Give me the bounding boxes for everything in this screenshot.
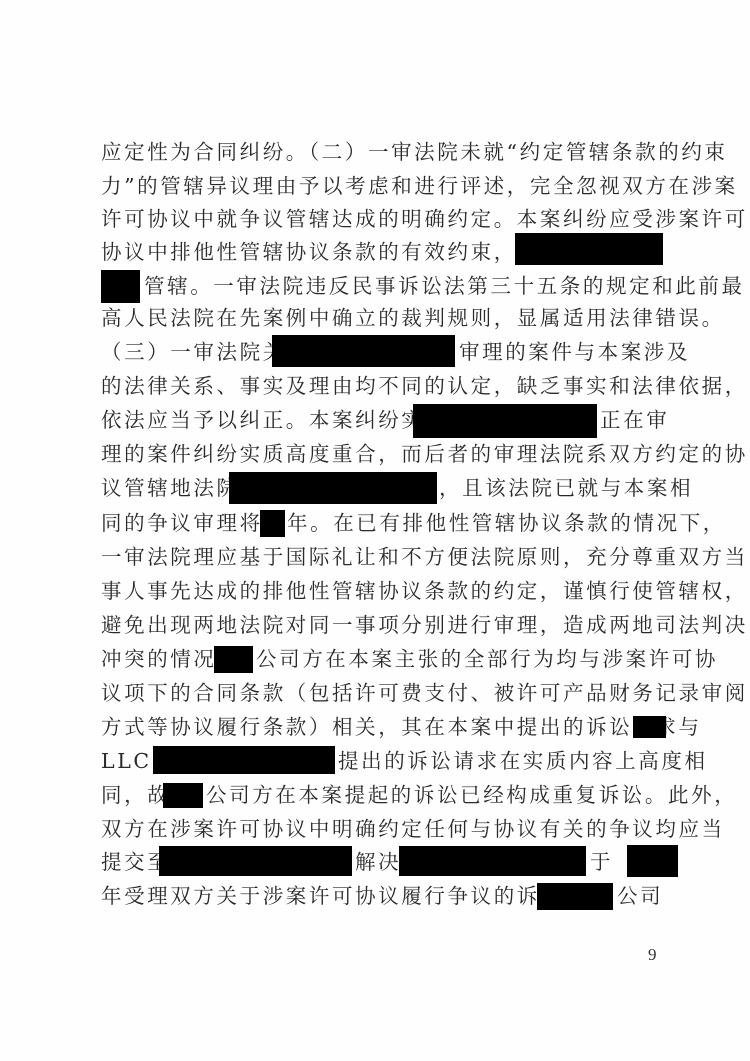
text-segment: 一审法院理应基于国际礼让和不方便法院原则，充分尊重双方当 xyxy=(101,541,748,573)
text-line: 方式等协议履行条款）相关，其在本案中提出的诉讼请求与 xyxy=(101,711,666,743)
redaction-box xyxy=(399,846,586,876)
text-segment: 双方在涉案许可协议中明确约定任何与协议有关的争议均应当 xyxy=(101,813,725,845)
text-line: 依法应当予以纠正。本案纠纷实质与正在审 xyxy=(101,404,666,436)
redaction-box xyxy=(214,646,253,673)
text-line: 双方在涉案许可协议中明确约定任何与协议有关的争议均应当 xyxy=(101,813,666,845)
text-segment: 公司方在本案主张的全部行为均与涉案许可协 xyxy=(256,643,718,675)
text-line: 冲突的情况。公司方在本案主张的全部行为均与涉案许可协 xyxy=(101,643,666,675)
text-line: 事人事先达成的排他性管辖协议条款的约定，谨慎行使管辖权， xyxy=(101,575,666,607)
text-segment: 提出的诉讼请求在实质内容上高度相 xyxy=(338,745,708,777)
redaction-box xyxy=(537,883,613,910)
text-segment: 方式等协议履行条款）相关，其在本案中提出的诉讼请求与 xyxy=(101,711,702,743)
text-segment: 管辖。一审法院违反民事诉讼法第三十五条的规定和此前最 xyxy=(144,270,745,302)
text-segment: ，且该法院已就与本案相 xyxy=(439,472,693,504)
text-segment: 年受理双方关于涉案许可协议履行争议的诉讼，而 xyxy=(101,880,609,912)
page-number: 9 xyxy=(648,945,657,965)
text-line: 许可协议中就争议管辖达成的明确约定。本案纠纷应受涉案许可 xyxy=(101,203,666,235)
text-line: 理的案件纠纷实质高度重合，而后者的审理法院系双方约定的协 xyxy=(101,438,666,470)
text-segment: 公司方在本案提起的诉讼已经构成重复诉讼。此外， xyxy=(206,779,737,811)
text-segment: 事人事先达成的排他性管辖协议条款的约定，谨慎行使管辖权， xyxy=(101,575,748,607)
text-line: 的法律关系、事实及理由均不同的认定，缺乏事实和法律依据， xyxy=(101,370,666,402)
redaction-box xyxy=(272,335,455,367)
text-segment: 理的案件纠纷实质高度重合，而后者的审理法院系双方约定的协 xyxy=(101,438,748,470)
redaction-box xyxy=(260,510,285,537)
text-segment: 避免出现两地法院对同一事项分别进行审理，造成两地司法判决 xyxy=(101,609,748,641)
text-line: 议项下的合同条款（包括许可费支付、被许可产品财务记录审阅 xyxy=(101,677,666,709)
text-line: 议管辖地法院，且该法院已就与本案相 xyxy=(101,472,666,504)
redaction-box xyxy=(153,746,335,774)
text-segment: 审理的案件与本案涉及 xyxy=(459,336,690,368)
redaction-box xyxy=(413,404,597,438)
redaction-box xyxy=(633,716,666,738)
text-line: 年受理双方关于涉案许可协议履行争议的诉讼，而公司 xyxy=(101,880,666,912)
text-segment: 的法律关系、事实及理由均不同的认定，缺乏事实和法律依据， xyxy=(101,370,748,402)
text-line: 一审法院理应基于国际礼让和不方便法院原则，充分尊重双方当 xyxy=(101,541,666,573)
text-line: 避免出现两地法院对同一事项分别进行审理，造成两地司法判决 xyxy=(101,609,666,641)
text-segment: 协议中排他性管辖协议条款的有效约束，即应由 xyxy=(101,236,586,268)
text-segment: 高人民法院在先案例中确立的裁判规则，显属适用法律错误。 xyxy=(101,302,725,334)
text-segment: 同的争议审理将近 xyxy=(101,507,286,539)
text-line: 应定性为合同纠纷。（二）一审法院未就“约定管辖条款的约束 xyxy=(101,136,666,168)
text-segment: 应定性为合同纠纷。（二）一审法院未就“约定管辖条款的约束 xyxy=(101,136,728,168)
text-line: 高人民法院在先案例中确立的裁判规则，显属适用法律错误。 xyxy=(101,302,666,334)
text-line: 协议中排他性管辖协议条款的有效约束，即应由 xyxy=(101,236,666,268)
text-line: 管辖。一审法院违反民事诉讼法第三十五条的规定和此前最 xyxy=(101,270,666,302)
redaction-box xyxy=(627,845,678,877)
text-segment: 力”的管辖异议理由予以考虑和进行评述，完全忽视双方在涉案 xyxy=(101,170,738,202)
redaction-box xyxy=(163,783,203,808)
redaction-box xyxy=(159,846,352,876)
redaction-box xyxy=(229,472,437,504)
text-segment: 许可协议中就争议管辖达成的明确约定。本案纠纷应受涉案许可 xyxy=(101,203,748,235)
text-segment: 公司 xyxy=(617,880,663,912)
text-line: 同，故公司方在本案提起的诉讼已经构成重复诉讼。此外， xyxy=(101,779,666,811)
redaction-box xyxy=(515,233,663,265)
text-segment: 议管辖地法院 xyxy=(101,472,240,504)
text-line: LLC 在提出的诉讼请求在实质内容上高度相 xyxy=(101,745,666,777)
text-line: 提交至解决，于 xyxy=(101,846,666,878)
text-segment: 年。在已有排他性管辖协议条款的情况下， xyxy=(287,507,726,539)
text-segment: 于 xyxy=(590,846,613,878)
text-segment: 正在审 xyxy=(600,404,669,436)
text-line: 同的争议审理将近年。在已有排他性管辖协议条款的情况下， xyxy=(101,507,666,539)
text-segment: 议项下的合同条款（包括许可费支付、被许可产品财务记录审阅 xyxy=(101,677,748,709)
text-segment: 同，故 xyxy=(101,779,170,811)
redaction-box xyxy=(101,270,140,303)
text-line: （三）一审法院关于审理的案件与本案涉及 xyxy=(101,336,666,368)
document-page: 应定性为合同纠纷。（二）一审法院未就“约定管辖条款的约束力”的管辖异议理由予以考… xyxy=(0,0,750,1061)
text-line: 力”的管辖异议理由予以考虑和进行评述，完全忽视双方在涉案 xyxy=(101,170,666,202)
